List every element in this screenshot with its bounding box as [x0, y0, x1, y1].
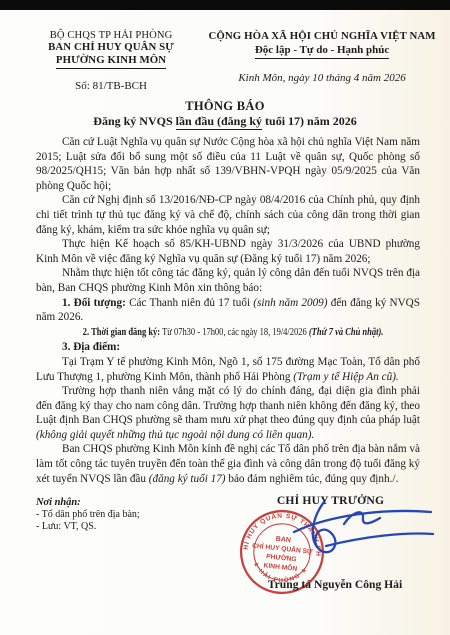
item-subjects-text: Các Thanh niên đủ 17 tuổi	[126, 297, 253, 309]
paragraph-plan-reference: Thực hiện Kế hoạch số 85/KH-UBND ngày 31…	[36, 237, 420, 266]
recipients-title: Nơi nhận:	[36, 497, 140, 509]
title-line2-post: tuổi 17) năm 2026	[262, 114, 357, 128]
item-time-text: Từ 07h30 - 17h00, các ngày 18, 19/4/2026	[160, 327, 309, 338]
paragraph-legal-basis-2: Căn cứ Nghị định số 13/2016/NĐ-CP ngày 0…	[36, 193, 420, 237]
handwritten-signature	[268, 492, 436, 564]
org-name-line2: BAN CHỈ HUY QUÂN SỰ	[14, 41, 208, 54]
document-title: THÔNG BÁO Đăng ký NVQS lần đầu (đăng ký …	[0, 99, 450, 128]
scan-edge-bar	[0, 0, 450, 10]
item-subjects: 1. Đối tượng: Các Thanh niên đủ 17 tuổi …	[36, 296, 420, 325]
paragraph-absence-rules: Trường hợp thanh niên vắng mặt có lý do …	[36, 384, 420, 442]
org-name-line3: PHƯỜNG KINH MÔN	[14, 54, 208, 70]
parent-org-name: BỘ CHQS TP HẢI PHÒNG	[14, 30, 208, 41]
request-age-note: (đăng ký tuổi 17)	[149, 473, 226, 485]
document-header: BỘ CHQS TP HẢI PHÒNG BAN CHỈ HUY QUÂN SỰ…	[0, 0, 450, 92]
item-subjects-label: 1. Đối tượng:	[62, 297, 126, 309]
title-line2-pre: Đăng ký NVQS	[93, 114, 175, 128]
recipient-line: - Lưu: VT, QS.	[36, 521, 140, 533]
scanned-document-page: BỘ CHQS TP HẢI PHÒNG BAN CHỈ HUY QUÂN SỰ…	[0, 0, 450, 635]
title-line2: Đăng ký NVQS lần đầu (đăng ký tuổi 17) n…	[0, 114, 450, 129]
item-location-label: 3. Địa điểm:	[62, 341, 120, 353]
national-motto: Độc lập - Tự do - Hạnh phúc	[208, 44, 436, 59]
paragraph-location-detail: Tại Trạm Y tế phường Kinh Môn, Ngõ 1, số…	[36, 355, 420, 384]
document-body: Căn cứ Luật Nghĩa vụ quân sự Nước Cộng h…	[36, 135, 420, 486]
paragraph-request: Ban CHQS phường Kinh Môn kính đề nghị cá…	[36, 442, 420, 486]
org-name-underlined: PHƯỜNG KINH MÔN	[56, 54, 166, 70]
absence-note: (không giải quyết những thủ tục ngoài nộ…	[36, 429, 314, 441]
request-text-post: bảo đảm nghiêm túc, đúng quy định./.	[226, 473, 399, 485]
national-motto-underlined: Độc lập - Tự do - Hạnh phúc	[255, 44, 389, 59]
paragraph-purpose: Nhằm thực hiện tốt công tác đăng ký, quả…	[36, 266, 420, 295]
document-number: Số: 81/TB-BCH	[14, 80, 208, 92]
location-old-name: (Trạm y tế Hiệp An cũ).	[293, 371, 398, 383]
place-dateline: Kinh Môn, ngày 10 tháng 4 năm 2026	[208, 72, 436, 84]
item-time: 2. Thời gian đăng ký: Từ 07h30 - 17h00, …	[36, 325, 420, 341]
national-motto-block: CỘNG HÒA XÃ HỘI CHỦ NGHĨA VIỆT NAM Độc l…	[208, 30, 436, 92]
recipient-line: - Tổ dân phố trên địa bàn;	[36, 509, 140, 521]
absence-text: Trường hợp thanh niên vắng mặt có lý do …	[36, 385, 420, 426]
national-title: CỘNG HÒA XÃ HỘI CHỦ NGHĨA VIỆT NAM	[208, 30, 436, 42]
item-location-heading: 3. Địa điểm:	[36, 340, 420, 355]
title-line2-underlined: lần đầu (đăng ký	[176, 114, 262, 131]
item-time-label: 2. Thời gian đăng ký:	[83, 327, 160, 338]
recipients-block: Nơi nhận: - Tổ dân phố trên địa bàn; - L…	[36, 497, 140, 533]
document-footer: Nơi nhận: - Tổ dân phố trên địa bàn; - L…	[0, 486, 450, 635]
item-time-content: 2. Thời gian đăng ký: Từ 07h30 - 17h00, …	[62, 326, 383, 341]
item-time-days: (Thứ 7 và Chủ nhật).	[309, 327, 384, 338]
paragraph-legal-basis-1: Căn cứ Luật Nghĩa vụ quân sự Nước Cộng h…	[36, 135, 420, 193]
issuing-org-block: BỘ CHQS TP HẢI PHÒNG BAN CHỈ HUY QUÂN SỰ…	[14, 30, 208, 92]
signer-name: Trung tá Nguyễn Công Hải	[235, 578, 435, 591]
item-subjects-birthyear: (sinh năm 2009)	[253, 297, 327, 309]
title-line1: THÔNG BÁO	[0, 99, 450, 114]
